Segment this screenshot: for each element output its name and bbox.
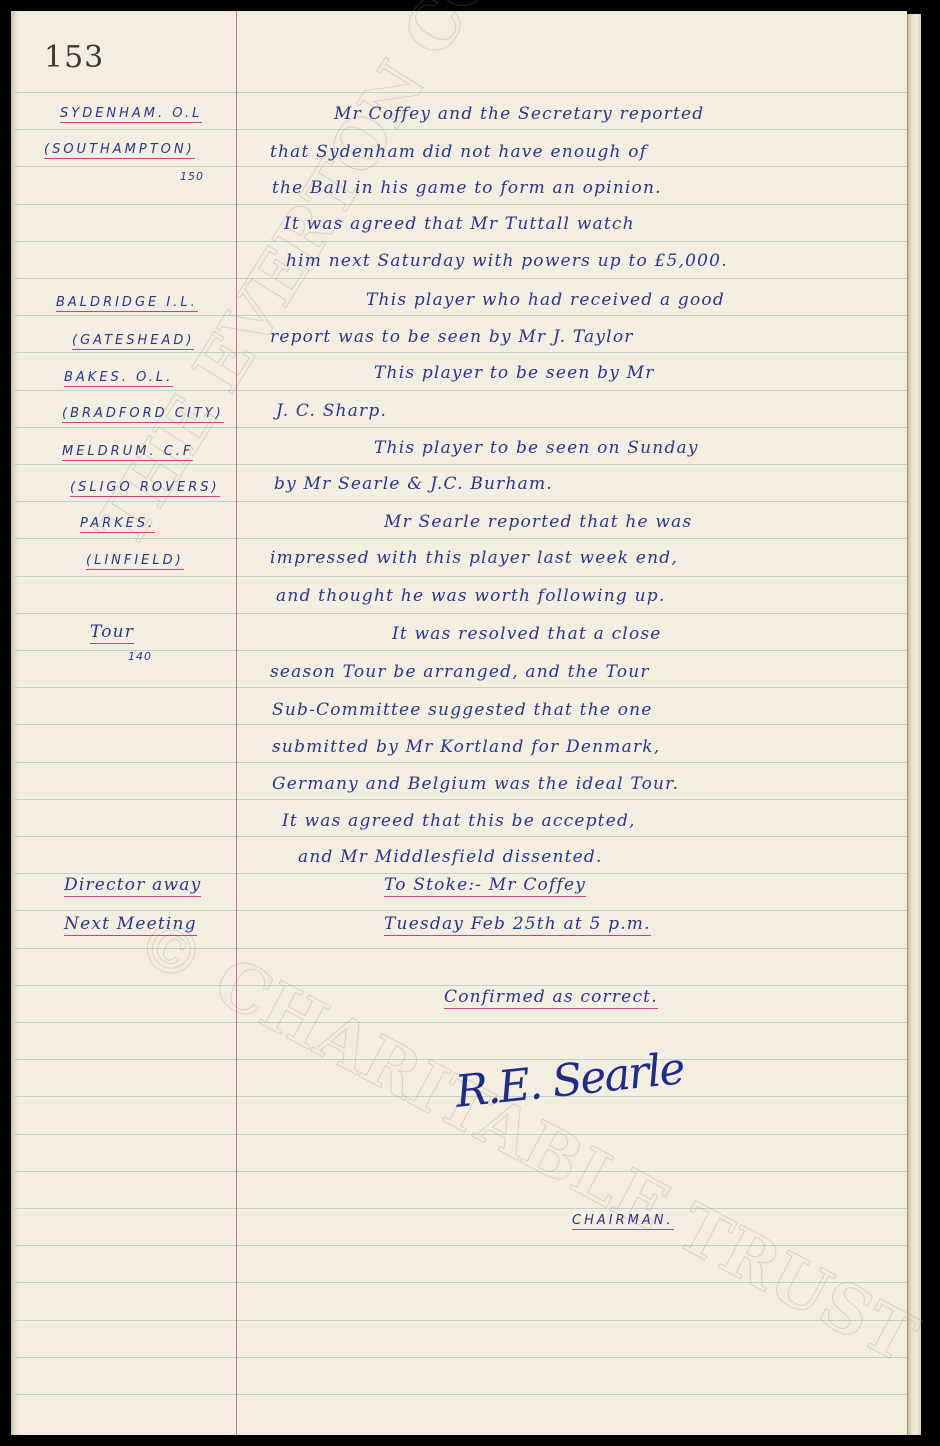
body-line: This player to be seen on Sunday [374,438,699,458]
margin-ref-140: 140 [128,650,152,663]
ruled-line [11,1022,907,1023]
ruled-line [11,1059,907,1060]
ruled-line [11,948,907,949]
margin-note-sydenham: SYDENHAM. O.L [60,106,202,123]
margin-note-next-meeting: Next Meeting [64,914,197,936]
margin-note-bakes: BAKES. O.L. [64,370,173,387]
body-line: It was resolved that a close [392,624,662,644]
ruled-line [11,985,907,986]
ruled-line [11,873,907,874]
margin-note-linfield: (LINFIELD) [86,553,184,570]
ruled-line [11,613,907,614]
margin-note-gateshead: (GATESHEAD) [72,333,194,350]
margin-note-tour: Tour [90,622,134,644]
ruled-line [11,92,907,93]
margin-note-meldrum: MELDRUM. C.F [62,444,193,461]
ruled-line [11,1357,907,1358]
page-edge [907,14,921,1435]
body-line: by Mr Searle & J.C. Burham. [274,474,553,494]
ruled-line [11,315,907,316]
body-line-next-meeting-date: Tuesday Feb 25th at 5 p.m. [384,914,651,936]
margin-note-southampton: (SOUTHAMPTON) [44,142,195,159]
ruled-line [11,836,907,837]
body-line: J. C. Sharp. [276,401,387,421]
ruled-line [11,427,907,428]
ruled-line [11,1394,907,1395]
ruled-line [11,538,907,539]
ruled-line [11,241,907,242]
body-line: him next Saturday with powers up to £5,0… [286,251,728,271]
margin-note-director-away: Director away [64,875,201,897]
page-number: 153 [44,40,104,75]
body-line-to-stoke: To Stoke:- Mr Coffey [384,875,586,897]
ruled-line [11,910,907,911]
margin-rule [236,11,237,1435]
body-line: submitted by Mr Kortland for Denmark, [272,737,660,757]
body-line: Sub-Committee suggested that the one [272,700,653,720]
ruled-line [11,352,907,353]
body-line: the Ball in his game to form an opinion. [272,178,662,198]
ruled-line [11,799,907,800]
body-line: and thought he was worth following up. [276,586,665,606]
ruled-line [11,166,907,167]
body-line: Mr Searle reported that he was [384,512,692,532]
body-line: report was to be seen by Mr J. Taylor [270,327,634,347]
chairman-title: CHAIRMAN. [572,1213,674,1230]
margin-note-sligo-rovers: (SLIGO ROVERS) [70,480,220,497]
body-line: Mr Coffey and the Secretary reported [334,104,704,124]
margin-note-parkes: PARKES. [80,516,155,533]
margin-ref-150: 150 [180,170,204,183]
body-line: It was agreed that this be accepted, [282,811,636,831]
ruled-line [11,1320,907,1321]
margin-note-baldridge: BALDRIDGE I.L. [56,295,198,312]
body-line: Germany and Belgium was the ideal Tour. [272,774,679,794]
ruled-line [11,464,907,465]
confirmed-as-correct: Confirmed as correct. [444,987,658,1009]
ruled-line [11,1282,907,1283]
body-line: season Tour be arranged, and the Tour [270,662,650,682]
body-line: and Mr Middlesfield dissented. [298,847,603,867]
ruled-line [11,1171,907,1172]
margin-note-bradford-city: (BRADFORD CITY) [62,406,224,423]
ruled-line [11,576,907,577]
body-line: that Sydenham did not have enough of [270,142,647,162]
ruled-line [11,129,907,130]
body-line: This player who had received a good [366,290,725,310]
ruled-line [11,724,907,725]
ruled-line [11,390,907,391]
ruled-line [11,687,907,688]
ruled-line [11,278,907,279]
ruled-line [11,204,907,205]
ruled-line [11,1134,907,1135]
body-line: It was agreed that Mr Tuttall watch [284,214,635,234]
ruled-line [11,1208,907,1209]
body-line: impressed with this player last week end… [270,548,678,568]
ruled-line [11,501,907,502]
body-line: This player to be seen by Mr [374,363,655,383]
ruled-line [11,1245,907,1246]
ruled-line [11,762,907,763]
